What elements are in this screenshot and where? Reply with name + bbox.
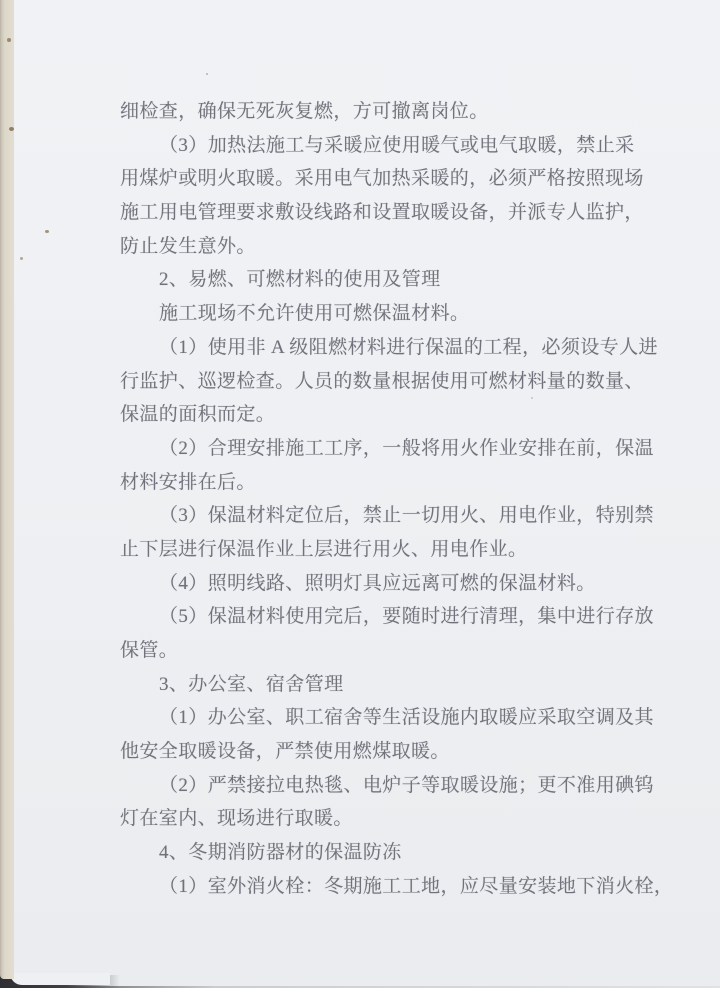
document-line: 保管。 (120, 634, 655, 668)
document-line: （1）室外消火栓：冬期施工工地，应尽量安装地下消火栓， (120, 870, 655, 904)
document-line: （5）保温材料使用完后，要随时进行清理，集中进行存放 (120, 600, 655, 634)
document-line: 施工现场不允许使用可燃保温材料。 (120, 297, 655, 331)
document-line: （3）保温材料定位后，禁止一切用火、用电作业，特别禁 (120, 499, 655, 533)
document-line: （2）严禁接拉电热毯、电炉子等取暖设施；更不准用碘钨 (120, 769, 655, 803)
document-line: 行监护、巡逻检查。人员的数量根据使用可燃材料量的数量、 (120, 365, 655, 399)
document-line: 防止发生意外。 (120, 230, 655, 264)
document-line: （3）加热法施工与采暖应使用暖气或电气取暖，禁止采 (120, 129, 655, 163)
document-heading: 2、易燃、可燃材料的使用及管理 (120, 263, 655, 297)
document-line: 保温的面积而定。 (120, 398, 655, 432)
document-line: （1）办公室、职工宿舍等生活设施内取暖应采取空调及其 (120, 701, 655, 735)
document-line: 施工用电管理要求敷设线路和设置取暖设备，并派专人监护， (120, 196, 655, 230)
paper-rounded-corner (10, 973, 110, 985)
document-line: （1）使用非 A 级阻燃材料进行保温的工程，必须设专人进 (120, 331, 655, 365)
document-line: 灯在室内、现场进行取暖。 (120, 802, 655, 836)
document-line: 细检查，确保无死灰复燃，方可撤离岗位。 (120, 95, 655, 129)
scanned-page: 细检查，确保无死灰复燃，方可撤离岗位。 （3）加热法施工与采暖应使用暖气或电气取… (0, 0, 720, 988)
document-line: 用煤炉或明火取暖。采用电气加热采暖的，必须严格按照现场 (120, 162, 655, 196)
scan-speckle (45, 230, 49, 233)
document-heading: 3、办公室、宿舍管理 (120, 668, 655, 702)
document-line: 他安全取暖设备，严禁使用燃煤取暖。 (120, 735, 655, 769)
document-text-block: 细检查，确保无死灰复燃，方可撤离岗位。 （3）加热法施工与采暖应使用暖气或电气取… (120, 95, 655, 904)
document-line: （4）照明线路、照明灯具应远离可燃的保温材料。 (120, 567, 655, 601)
page-edge-strip (0, 0, 14, 979)
document-heading: 4、冬期消防器材的保温防冻 (120, 836, 655, 870)
scan-speckle (206, 73, 208, 75)
document-line: 材料安排在后。 (120, 466, 655, 500)
scan-speckle (9, 127, 14, 131)
document-line: 止下层进行保温作业上层进行用火、用电作业。 (120, 533, 655, 567)
scan-speckle (20, 257, 23, 260)
scan-speckle (7, 38, 11, 42)
document-line: （2）合理安排施工工序，一般将用火作业安排在前，保温 (120, 432, 655, 466)
